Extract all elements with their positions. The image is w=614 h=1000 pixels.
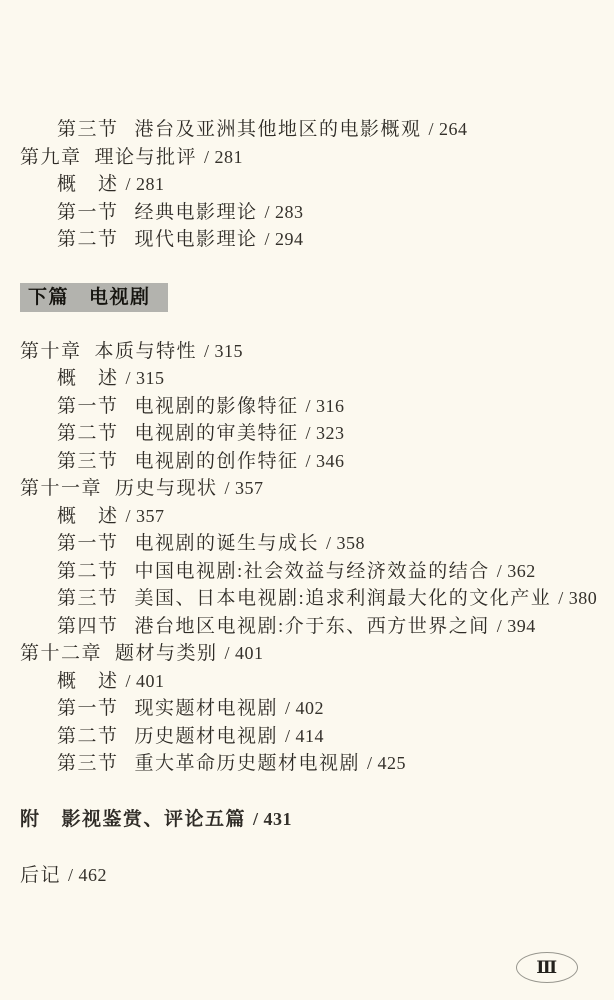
toc-entry-page: / 402	[285, 698, 324, 718]
toc-entry-label: 第二节	[57, 423, 119, 444]
toc-entry-section: 第三节电视剧的创作特征/ 346	[20, 448, 604, 476]
toc-entry-label: 第九章	[20, 147, 82, 168]
toc-entry-label: 第一节	[57, 533, 119, 554]
toc-entry-label: 第一节	[57, 698, 119, 719]
toc-entry-title: 电视剧的诞生与成长	[135, 533, 320, 554]
toc-entry-title: 理论与批评	[95, 147, 198, 168]
toc-entry-label: 后记	[20, 865, 61, 886]
toc-entry-chapter: 第十二章题材与类别/ 401	[20, 640, 604, 668]
toc-entry-title: 电视剧的影像特征	[135, 396, 299, 417]
toc-entry-label: 概 述	[57, 368, 119, 389]
toc-entry-section: 第一节经典电影理论/ 283	[20, 199, 604, 227]
toc-entry-section: 第三节美国、日本电视剧:追求利润最大化的文化产业/ 380	[20, 585, 604, 613]
toc-entry-label: 第十二章	[20, 643, 102, 664]
toc-entry-page: / 358	[326, 533, 365, 553]
toc-entry-title: 现实题材电视剧	[135, 698, 279, 719]
toc-entry-chapter: 第十一章历史与现状/ 357	[20, 475, 604, 503]
toc-entry-label: 第三节	[57, 119, 119, 140]
toc-entry-page: / 315	[204, 341, 243, 361]
toc-entry-label: 第十章	[20, 341, 82, 362]
toc-entry-page: / 362	[497, 561, 536, 581]
toc-entry-label: 概 述	[57, 506, 119, 527]
toc-entry-title: 影视鉴赏、评论五篇	[62, 809, 247, 830]
toc-entry-part: 下篇电视剧	[20, 283, 604, 312]
toc-entry-title: 题材与类别	[115, 643, 218, 664]
toc-entry-backmatter: 后记/ 462	[20, 862, 604, 890]
toc-entry-title: 电视剧的创作特征	[135, 451, 299, 472]
toc-entry-section: 第一节电视剧的影像特征/ 316	[20, 393, 604, 421]
toc-entry-overview: 概 述/ 315	[20, 365, 604, 393]
toc-entry-title: 现代电影理论	[135, 229, 258, 250]
toc-entry-chapter: 第九章理论与批评/ 281	[20, 144, 604, 172]
toc-entry-label: 第十一章	[20, 478, 102, 499]
toc-entry-page: / 462	[68, 865, 107, 885]
toc-entry-title: 本质与特性	[95, 341, 198, 362]
toc-entry-page: / 401	[126, 671, 165, 691]
toc-entry-section: 第四节港台地区电视剧:介于东、西方世界之间/ 394	[20, 613, 604, 641]
toc-entry-label: 第一节	[57, 202, 119, 223]
toc-entry-label: 第三节	[57, 588, 119, 609]
part-header-highlight: 下篇电视剧	[20, 283, 168, 312]
toc-entry-label: 第一节	[57, 396, 119, 417]
toc-entry-label: 第四节	[57, 616, 119, 637]
toc-entry-label: 第二节	[57, 229, 119, 250]
toc-entry-page: / 264	[429, 119, 468, 139]
page-number-badge: Ⅲ	[516, 952, 578, 983]
toc-list: 第三节港台及亚洲其他地区的电影概观/ 264第九章理论与批评/ 281概 述/ …	[0, 0, 614, 890]
toc-entry-overview: 概 述/ 357	[20, 503, 604, 531]
toc-entry-page: / 316	[306, 396, 345, 416]
toc-entry-page: / 323	[306, 423, 345, 443]
toc-entry-page: / 294	[265, 229, 304, 249]
toc-entry-label: 第二节	[57, 726, 119, 747]
part-title: 电视剧	[89, 287, 151, 308]
book-page: 第三节港台及亚洲其他地区的电影概观/ 264第九章理论与批评/ 281概 述/ …	[0, 0, 614, 1000]
toc-entry-title: 港台地区电视剧:介于东、西方世界之间	[135, 616, 490, 637]
page-number: Ⅲ	[536, 958, 557, 978]
toc-entry-title: 历史与现状	[115, 478, 218, 499]
toc-entry-title: 美国、日本电视剧:追求利润最大化的文化产业	[135, 588, 552, 609]
toc-entry-page: / 357	[126, 506, 165, 526]
toc-entry-section: 第三节重大革命历史题材电视剧/ 425	[20, 750, 604, 778]
toc-entry-chapter: 第十章本质与特性/ 315	[20, 338, 604, 366]
toc-entry-section: 第二节中国电视剧:社会效益与经济效益的结合/ 362	[20, 558, 604, 586]
toc-entry-section: 第一节现实题材电视剧/ 402	[20, 695, 604, 723]
toc-entry-page: / 425	[367, 753, 406, 773]
toc-entry-label: 第二节	[57, 561, 119, 582]
toc-entry-section: 第二节现代电影理论/ 294	[20, 226, 604, 254]
toc-entry-section: 第二节电视剧的审美特征/ 323	[20, 420, 604, 448]
toc-entry-section: 第三节港台及亚洲其他地区的电影概观/ 264	[20, 116, 604, 144]
toc-entry-label: 概 述	[57, 174, 119, 195]
toc-entry-page: / 380	[558, 588, 597, 608]
toc-entry-page: / 394	[497, 616, 536, 636]
toc-entry-page: / 414	[285, 726, 324, 746]
toc-entry-label: 附	[20, 809, 41, 830]
toc-entry-title: 经典电影理论	[135, 202, 258, 223]
toc-entry-title: 历史题材电视剧	[135, 726, 279, 747]
toc-entry-overview: 概 述/ 401	[20, 668, 604, 696]
toc-entry-title: 重大革命历史题材电视剧	[135, 753, 361, 774]
toc-entry-page: / 346	[306, 451, 345, 471]
toc-entry-label: 第三节	[57, 753, 119, 774]
toc-entry-title: 港台及亚洲其他地区的电影概观	[135, 119, 422, 140]
toc-entry-section: 第二节历史题材电视剧/ 414	[20, 723, 604, 751]
toc-entry-title: 中国电视剧:社会效益与经济效益的结合	[135, 561, 490, 582]
toc-entry-page: / 431	[253, 809, 292, 829]
toc-entry-overview: 概 述/ 281	[20, 171, 604, 199]
toc-entry-appendix: 附影视鉴赏、评论五篇/ 431	[20, 806, 604, 834]
toc-entry-title: 电视剧的审美特征	[135, 423, 299, 444]
part-label: 下篇	[28, 287, 69, 308]
toc-entry-page: / 281	[126, 174, 165, 194]
toc-entry-label: 第三节	[57, 451, 119, 472]
toc-entry-label: 概 述	[57, 671, 119, 692]
toc-entry-page: / 357	[225, 478, 264, 498]
toc-entry-page: / 283	[265, 202, 304, 222]
toc-entry-page: / 315	[126, 368, 165, 388]
toc-entry-page: / 401	[225, 643, 264, 663]
toc-entry-section: 第一节电视剧的诞生与成长/ 358	[20, 530, 604, 558]
toc-entry-page: / 281	[204, 147, 243, 167]
